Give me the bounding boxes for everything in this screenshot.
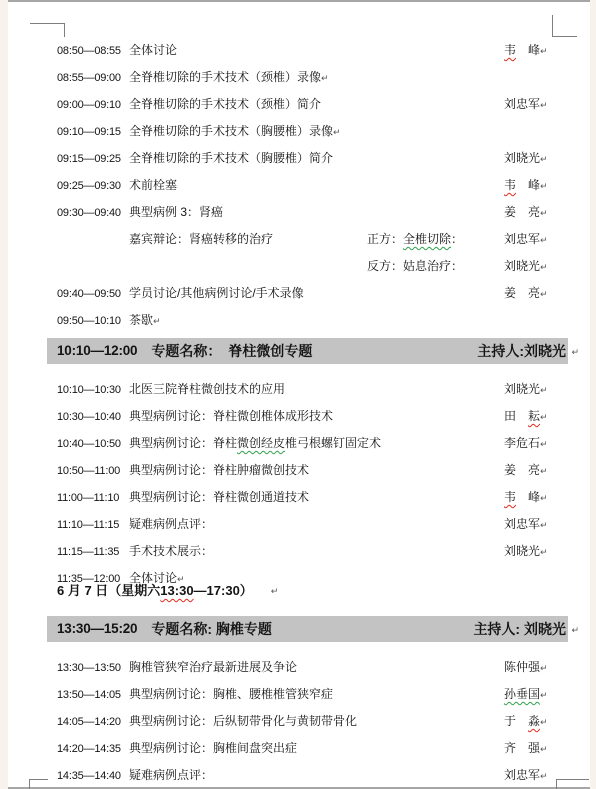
schedule-row: 14:20—14:35典型病例讨论：胸椎间盘突出症齐 强↵ bbox=[57, 740, 568, 756]
debate-row: 反方：姑息治疗：刘晓光↵ bbox=[57, 258, 568, 274]
schedule-row: 09:10—09:15全脊椎切除的手术技术（胸腰椎）录像↵ bbox=[57, 123, 568, 139]
time-range: 14:05—14:20 bbox=[57, 713, 129, 730]
presenter-name: 姜 亮↵ bbox=[504, 462, 568, 479]
section-host-name: 主持人:刘晓光 bbox=[477, 338, 566, 364]
presenter-name: 韦 峰↵ bbox=[504, 489, 568, 506]
time-range: 10:40—10:50 bbox=[57, 435, 129, 452]
paragraph-mark-icon: ↵ bbox=[571, 622, 579, 638]
presenter-name: 刘忠军↵ bbox=[504, 96, 568, 113]
time-range bbox=[57, 231, 129, 232]
presenter-name: 刘忠军↵ bbox=[504, 231, 568, 248]
debate-side-label-segment: ： bbox=[451, 232, 463, 246]
presenter-name-segment: 刘晓光 bbox=[504, 382, 540, 396]
session-title: 全体讨论 bbox=[129, 42, 504, 58]
presenter-name-segment: 刘晓光 bbox=[504, 151, 540, 165]
time-range: 09:10—09:15 bbox=[57, 123, 129, 140]
time-range: 09:15—09:25 bbox=[57, 150, 129, 167]
presenter-name-segment: 刘忠军 bbox=[504, 232, 540, 246]
time-range: 09:25—09:30 bbox=[57, 177, 129, 194]
paragraph-mark-icon: ↵ bbox=[540, 235, 548, 245]
time-range bbox=[57, 258, 129, 259]
date-heading-segment: —17:30） bbox=[194, 582, 253, 600]
presenter-name: 李危石↵ bbox=[504, 435, 568, 452]
time-range: 09:00—09:10 bbox=[57, 96, 129, 113]
presenter-name-segment: 刘忠军 bbox=[504, 768, 540, 782]
section-header-row: 13:30—15:20专题名称: 胸椎专题主持人: 刘晓光↵ bbox=[57, 616, 568, 642]
session-title: 典型病例讨论：脊柱微创椎体成形技术 bbox=[129, 408, 504, 424]
schedule-row: 09:00—09:10全脊椎切除的手术技术（颈椎）简介刘忠军↵ bbox=[57, 96, 568, 112]
presenter-name: 韦 峰↵ bbox=[504, 42, 568, 59]
paragraph-mark-icon: ↵ bbox=[540, 690, 548, 700]
schedule-row: 09:30—09:40典型病例 3：肾癌姜 亮↵ bbox=[57, 204, 568, 220]
schedule-row: 10:40—10:50典型病例讨论：脊柱微创经皮椎弓根螺钉固定术李危石↵ bbox=[57, 435, 568, 451]
section-host-name: 主持人: 刘晓光 bbox=[473, 616, 566, 642]
date-heading-segment: 13:30 bbox=[160, 582, 193, 600]
session-title-segment: 典型病例讨论：脊柱肿瘤微创技术 bbox=[129, 463, 309, 477]
presenter-name-segment: 淼 bbox=[528, 714, 540, 728]
presenter-name: 陈仲强↵ bbox=[504, 659, 568, 676]
presenter-name-segment: 峰 bbox=[516, 43, 540, 57]
session-title: 全脊椎切除的手术技术（胸腰椎）简介 bbox=[129, 150, 504, 166]
time-range: 14:20—14:35 bbox=[57, 740, 129, 757]
schedule-row: 09:40—09:50学员讨论/其他病例讨论/手术录像姜 亮↵ bbox=[57, 285, 568, 301]
session-title: 全脊椎切除的手术技术（颈椎）简介 bbox=[129, 96, 504, 112]
presenter-name: 孙垂国↵ bbox=[504, 686, 568, 703]
time-range: 09:50—10:10 bbox=[57, 312, 129, 329]
schedule-row: 11:10—11:15疑难病例点评：刘忠军↵ bbox=[57, 516, 568, 532]
paragraph-mark-icon: ↵ bbox=[540, 100, 548, 110]
session-title-segment: 典型病例讨论：脊柱 bbox=[129, 436, 237, 450]
presenter-name-segment: 齐 强 bbox=[504, 741, 540, 755]
time-range: 10:10—10:30 bbox=[57, 381, 129, 398]
session-title-segment: 典型病例 3：肾癌 bbox=[129, 205, 223, 219]
paragraph-mark-icon: ↵ bbox=[333, 127, 341, 137]
presenter-name: 刘忠军↵ bbox=[504, 516, 568, 533]
session-title-segment: 全脊椎切除的手术技术（胸腰椎）简介 bbox=[129, 151, 333, 165]
session-title-segment: 全脊椎切除的手术技术（颈椎）录像 bbox=[129, 70, 321, 84]
session-title: 全脊椎切除的手术技术（颈椎）录像↵ bbox=[129, 69, 504, 86]
schedule-row: 09:50—10:10茶歇↵ bbox=[57, 312, 568, 328]
presenter-name: 姜 亮↵ bbox=[504, 204, 568, 221]
presenter-name: 刘晓光↵ bbox=[504, 543, 568, 560]
time-range: 11:00—11:10 bbox=[57, 489, 129, 506]
paragraph-mark-icon: ↵ bbox=[540, 439, 548, 449]
presenter-name-segment: 刘晓光 bbox=[504, 544, 540, 558]
session-title: 典型病例讨论：胸椎、腰椎椎管狭窄症 bbox=[129, 686, 504, 702]
paragraph-mark-icon: ↵ bbox=[540, 46, 548, 56]
time-range: 13:30—13:50 bbox=[57, 659, 129, 676]
session-title-segment: 手术技术展示： bbox=[129, 544, 213, 558]
paragraph-mark-icon: ↵ bbox=[321, 73, 329, 83]
section-time-range: 13:30—15:20 bbox=[57, 616, 137, 642]
presenter-name-segment: 孙垂国 bbox=[504, 687, 540, 701]
paragraph-mark-icon: ↵ bbox=[540, 547, 548, 557]
presenter-name-segment: 姜 亮 bbox=[504, 286, 540, 300]
session-title: 典型病例讨论：脊柱肿瘤微创技术 bbox=[129, 462, 504, 478]
paragraph-mark-icon: ↵ bbox=[540, 744, 548, 754]
schedule-row: 10:50—11:00典型病例讨论：脊柱肿瘤微创技术姜 亮↵ bbox=[57, 462, 568, 478]
session-title-segment: 嘉宾辩论：肾癌转移的治疗 bbox=[129, 232, 273, 246]
session-title-segment: 典型病例讨论：胸椎间盘突出症 bbox=[129, 741, 297, 755]
schedule-row: 14:05—14:20典型病例讨论：后纵韧带骨化与黄韧带骨化于 淼↵ bbox=[57, 713, 568, 729]
schedule-row: 09:15—09:25全脊椎切除的手术技术（胸腰椎）简介刘晓光↵ bbox=[57, 150, 568, 166]
session-title-segment: 典型病例讨论：胸椎、腰椎椎管狭窄症 bbox=[129, 687, 333, 701]
paragraph-mark-icon: ↵ bbox=[540, 385, 548, 395]
presenter-name-segment: 李危石 bbox=[504, 436, 540, 450]
presenter-name-segment: 韦 bbox=[504, 43, 516, 57]
session-title: 学员讨论/其他病例讨论/手术录像 bbox=[129, 285, 504, 301]
session-title: 疑难病例点评： bbox=[129, 767, 504, 783]
time-range: 09:40—09:50 bbox=[57, 285, 129, 302]
presenter-name: 刘晓光↵ bbox=[504, 258, 568, 275]
schedule-row: 11:00—11:10典型病例讨论：脊柱微创通道技术韦 峰↵ bbox=[57, 489, 568, 505]
session-title-segment: 全体讨论 bbox=[129, 43, 177, 57]
session-title: 疑难病例点评： bbox=[129, 516, 504, 532]
paragraph-mark-icon: ↵ bbox=[540, 493, 548, 503]
presenter-name: 刘晓光↵ bbox=[504, 150, 568, 167]
schedule-row: 08:50—08:55全体讨论韦 峰↵ bbox=[57, 42, 568, 58]
schedule-row: 09:25—09:30术前栓塞韦 峰↵ bbox=[57, 177, 568, 193]
debate-row: 嘉宾辩论：肾癌转移的治疗正方：全椎切除：刘忠军↵ bbox=[57, 231, 568, 247]
paragraph-mark-icon: ↵ bbox=[540, 154, 548, 164]
schedule-row: 13:50—14:05典型病例讨论：胸椎、腰椎椎管狭窄症孙垂国↵ bbox=[57, 686, 568, 702]
session-title-segment: 全脊椎切除的手术技术（颈椎）简介 bbox=[129, 97, 321, 111]
section-topic-title: 专题名称： 脊柱微创专题 bbox=[151, 338, 312, 364]
time-range: 10:30—10:40 bbox=[57, 408, 129, 425]
time-range: 10:50—11:00 bbox=[57, 462, 129, 479]
presenter-name-segment: 韦 bbox=[504, 490, 516, 504]
paragraph-mark-icon: ↵ bbox=[153, 316, 161, 326]
session-title-segment: 茶歇 bbox=[129, 313, 153, 327]
presenter-name: 韦 峰↵ bbox=[504, 177, 568, 194]
schedule-row: 11:15—11:35手术技术展示：刘晓光↵ bbox=[57, 543, 568, 559]
document-page[interactable]: 08:50—08:55全体讨论韦 峰↵08:55—09:00全脊椎切除的手术技术… bbox=[8, 0, 590, 789]
session-title-segment: 术前栓塞 bbox=[129, 178, 177, 192]
presenter-name-segment: 姜 亮 bbox=[504, 205, 540, 219]
date-heading-segment: 6 月 7 日（星期六 bbox=[57, 582, 160, 600]
session-title: 典型病例讨论：后纵韧带骨化与黄韧带骨化 bbox=[129, 713, 504, 729]
section-header-bar: 13:30—15:20专题名称: 胸椎专题主持人: 刘晓光 bbox=[47, 616, 568, 642]
time-range: 11:15—11:35 bbox=[57, 543, 129, 560]
schedule-row: 08:55—09:00全脊椎切除的手术技术（颈椎）录像↵ bbox=[57, 69, 568, 85]
paragraph-mark-icon: ↵ bbox=[540, 181, 548, 191]
time-range: 14:35—14:40 bbox=[57, 767, 129, 784]
paragraph-mark-icon: ↵ bbox=[540, 466, 548, 476]
session-title-segment: 胸椎管狭窄治疗最新进展及争论 bbox=[129, 660, 297, 674]
session-title: 典型病例讨论：脊柱微创经皮椎弓根螺钉固定术 bbox=[129, 435, 504, 451]
presenter-name-segment: 峰 bbox=[516, 178, 540, 192]
session-title: 茶歇↵ bbox=[129, 312, 504, 329]
paragraph-mark-icon: ↵ bbox=[540, 717, 548, 727]
schedule-row: 10:30—10:40典型病例讨论：脊柱微创椎体成形技术田 耘↵ bbox=[57, 408, 568, 424]
margin-crop-mark-bottom-left bbox=[29, 779, 48, 789]
debate-side-label: 正方：全椎切除： bbox=[367, 231, 504, 247]
presenter-name: 姜 亮↵ bbox=[504, 285, 568, 302]
presenter-name-segment: 田 bbox=[504, 409, 528, 423]
session-title: 术前栓塞 bbox=[129, 177, 504, 193]
session-title: 胸椎管狭窄治疗最新进展及争论 bbox=[129, 659, 504, 675]
debate-side-label: 反方：姑息治疗： bbox=[367, 258, 504, 274]
session-title: 北医三院脊柱微创技术的应用 bbox=[129, 381, 504, 397]
schedule-content: 08:50—08:55全体讨论韦 峰↵08:55—09:00全脊椎切除的手术技术… bbox=[57, 4, 568, 789]
section-header-bar: 10:10—12:00专题名称： 脊柱微创专题主持人:刘晓光 bbox=[47, 338, 568, 364]
session-title: 嘉宾辩论：肾癌转移的治疗 bbox=[129, 231, 367, 247]
presenter-name-segment: 刘忠军 bbox=[504, 97, 540, 111]
debate-side-label-segment: 反方：姑息治疗： bbox=[367, 259, 463, 273]
session-title-segment: 椎弓根螺钉固定术 bbox=[285, 436, 381, 450]
schedule-row: 14:35—14:40疑难病例点评：刘忠军↵ bbox=[57, 767, 568, 783]
presenter-name-segment: 耘 bbox=[528, 409, 540, 423]
presenter-name: 于 淼↵ bbox=[504, 713, 568, 730]
presenter-name-segment: 刘忠军 bbox=[504, 517, 540, 531]
presenter-name-segment: 陈仲强 bbox=[504, 660, 540, 674]
presenter-name-segment: 刘晓光 bbox=[504, 259, 540, 273]
time-range: 08:55—09:00 bbox=[57, 69, 129, 86]
debate-side-label-segment: 全椎切除 bbox=[403, 232, 451, 246]
session-title-segment: 典型病例讨论：脊柱微创椎体成形技术 bbox=[129, 409, 333, 423]
debate-side-label-segment: 正方： bbox=[367, 232, 403, 246]
presenter-name: 齐 强↵ bbox=[504, 740, 568, 757]
paragraph-mark-icon: ↵ bbox=[540, 412, 548, 422]
paragraph-mark-icon: ↵ bbox=[271, 582, 279, 600]
session-title: 典型病例 3：肾癌 bbox=[129, 204, 504, 220]
session-title-segment: 典型病例讨论：脊柱微创通道技术 bbox=[129, 490, 309, 504]
presenter-name-segment: 姜 亮 bbox=[504, 463, 540, 477]
session-title-segment: 全脊椎切除的手术技术（胸腰椎）录像 bbox=[129, 124, 333, 138]
time-range: 13:50—14:05 bbox=[57, 686, 129, 703]
paragraph-mark-icon: ↵ bbox=[540, 771, 548, 781]
session-title-segment: 疑难病例点评： bbox=[129, 768, 213, 782]
paragraph-mark-icon: ↵ bbox=[540, 289, 548, 299]
session-title: 典型病例讨论：脊柱微创通道技术 bbox=[129, 489, 504, 505]
presenter-name-segment: 于 bbox=[504, 714, 528, 728]
paragraph-mark-icon: ↵ bbox=[540, 208, 548, 218]
paragraph-mark-icon: ↵ bbox=[540, 520, 548, 530]
presenter-name: 田 耘↵ bbox=[504, 408, 568, 425]
schedule-row: 13:30—13:50胸椎管狭窄治疗最新进展及争论陈仲强↵ bbox=[57, 659, 568, 675]
session-title: 手术技术展示： bbox=[129, 543, 504, 559]
session-title-segment: 北医三院脊柱微创技术的应用 bbox=[129, 382, 285, 396]
schedule-row: 10:10—10:30北医三院脊柱微创技术的应用刘晓光↵ bbox=[57, 381, 568, 397]
session-title-segment: 学员讨论/其他病例讨论/手术录像 bbox=[129, 286, 304, 300]
paragraph-mark-icon: ↵ bbox=[540, 262, 548, 272]
session-title: 全脊椎切除的手术技术（胸腰椎）录像↵ bbox=[129, 123, 504, 140]
session-title: 典型病例讨论：胸椎间盘突出症 bbox=[129, 740, 504, 756]
paragraph-mark-icon: ↵ bbox=[540, 663, 548, 673]
paragraph-mark-icon: ↵ bbox=[571, 344, 579, 360]
presenter-name-segment: 韦 bbox=[504, 178, 516, 192]
presenter-name: 刘忠军↵ bbox=[504, 767, 568, 784]
presenter-name: 刘晓光↵ bbox=[504, 381, 568, 398]
time-range: 11:10—11:15 bbox=[57, 516, 129, 533]
section-time-range: 10:10—12:00 bbox=[57, 338, 137, 364]
time-range: 09:30—09:40 bbox=[57, 204, 129, 221]
session-title-segment: 疑难病例点评： bbox=[129, 517, 213, 531]
session-title-segment: 微创经皮 bbox=[237, 436, 285, 450]
session-title-segment: 典型病例讨论：后纵韧带骨化与黄韧带骨化 bbox=[129, 714, 357, 728]
time-range: 08:50—08:55 bbox=[57, 42, 129, 59]
section-header-row: 10:10—12:00专题名称： 脊柱微创专题主持人:刘晓光↵ bbox=[57, 338, 568, 364]
section-topic-title: 专题名称: 胸椎专题 bbox=[151, 616, 272, 642]
presenter-name-segment: 峰 bbox=[516, 490, 540, 504]
